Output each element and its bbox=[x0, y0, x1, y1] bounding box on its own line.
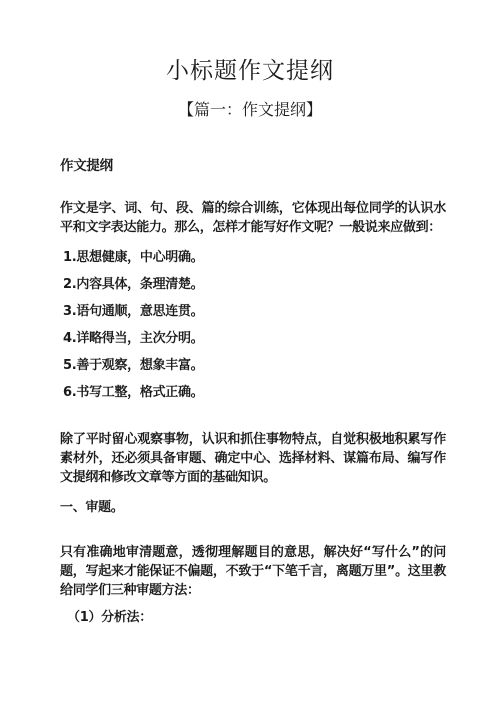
method-1-label: （1）分析法： bbox=[60, 608, 446, 627]
document-title: 小标题作文提纲 bbox=[0, 0, 500, 84]
requirement-item-4: 4.详略得当，主次分明。 bbox=[60, 329, 446, 348]
section-heading: 作文提纲 bbox=[60, 157, 446, 175]
requirement-item-2: 2.内容具体，条理清楚。 bbox=[60, 275, 446, 294]
shenti-paragraph: 只有准确地审清题意，透彻理解题目的意思，解决好“写什么”的问题，写起来才能保证不… bbox=[60, 543, 446, 600]
requirement-item-6: 6.书写工整，格式正确。 bbox=[60, 383, 446, 402]
requirement-item-5: 5.善于观察，想象丰富。 bbox=[60, 356, 446, 375]
shenti-subheading: 一、审题。 bbox=[60, 498, 446, 517]
knowledge-paragraph: 除了平时留心观察事物，认识和抓住事物特点，自觉积极地积累写作素材外，还必须具备审… bbox=[60, 430, 446, 487]
intro-paragraph: 作文是字、词、句、段、篇的综合训练，它体现出每位同学的认识水平和文字表达能力。那… bbox=[60, 199, 446, 237]
document-body: 作文提纲 作文是字、词、句、段、篇的综合训练，它体现出每位同学的认识水平和文字表… bbox=[60, 157, 446, 627]
document-page: 小标题作文提纲 【篇一：作文提纲】 作文提纲 作文是字、词、句、段、篇的综合训练… bbox=[0, 0, 500, 707]
requirement-item-1: 1.思想健康，中心明确。 bbox=[60, 248, 446, 267]
document-subtitle: 【篇一：作文提纲】 bbox=[0, 101, 500, 121]
requirement-list: 1.思想健康，中心明确。 2.内容具体，条理清楚。 3.语句通顺，意思连贯。 4… bbox=[60, 248, 446, 402]
requirement-item-3: 3.语句通顺，意思连贯。 bbox=[60, 302, 446, 321]
